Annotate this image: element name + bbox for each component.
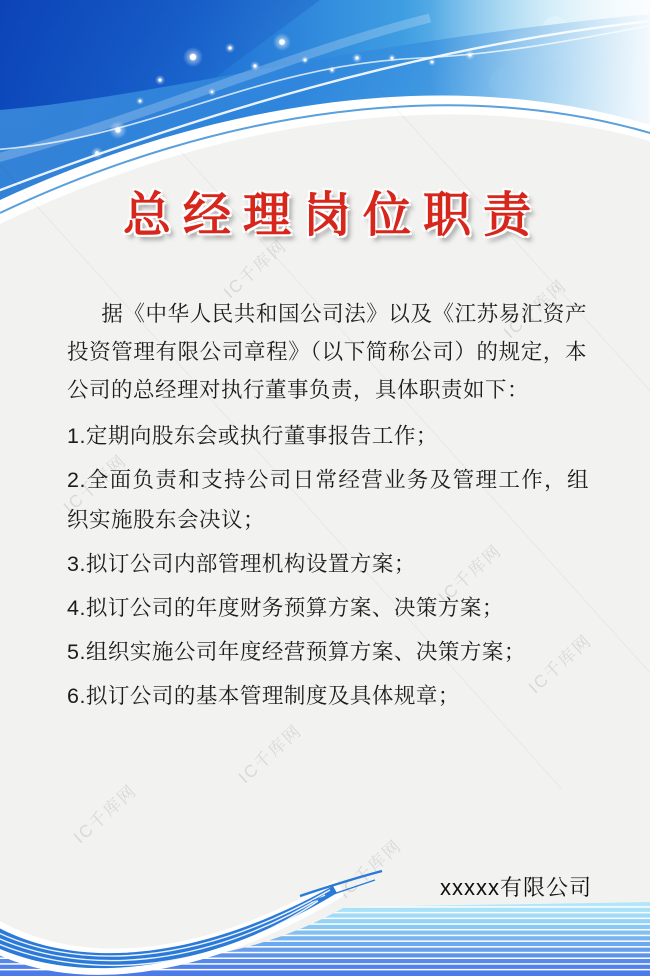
- page-title: 总经理岗位职责: [0, 176, 650, 245]
- intro-paragraph: 据《中华人民共和国公司法》以及《江苏易汇资产投资管理有限公司章程》（以下简称公司…: [67, 295, 587, 409]
- duty-item-2: 2.全面负责和支持公司日常经营业务及管理工作，组织实施股东会决议；: [67, 460, 589, 540]
- duty-item-5: 5.组织实施公司年度经营预算方案、决策方案；: [67, 632, 589, 672]
- footer-decoration: [0, 846, 650, 976]
- duty-item-4: 4.拟订公司的年度财务预算方案、决策方案；: [67, 588, 589, 628]
- duty-item-6: 6.拟订公司的基本管理制度及具体规章；: [67, 676, 589, 716]
- duty-item-3: 3.拟订公司内部管理机构设置方案；: [67, 544, 589, 584]
- duties-list: 1.定期向股东会或执行董事报告工作； 2.全面负责和支持公司日常经营业务及管理工…: [67, 416, 589, 720]
- poster-page: IC千库网 IC千库网 IC千库网 IC千库网 IC千库网 IC千库网 IC千库…: [0, 0, 650, 976]
- watermark: IC千库网: [67, 777, 142, 848]
- watermark: IC千库网: [232, 717, 307, 788]
- duty-item-1: 1.定期向股东会或执行董事报告工作；: [67, 416, 589, 456]
